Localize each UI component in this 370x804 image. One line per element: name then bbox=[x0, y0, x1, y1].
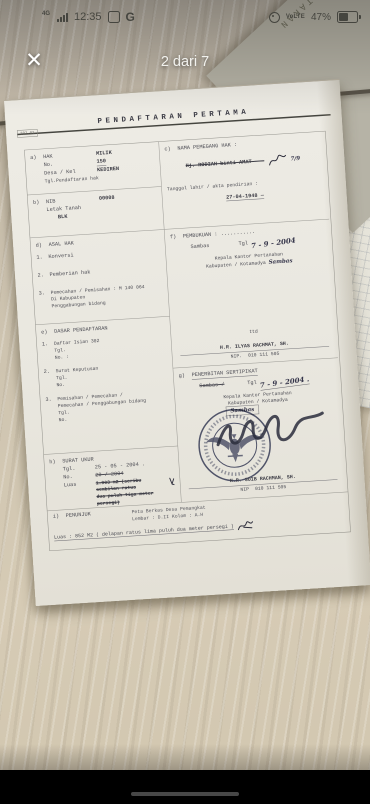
battery-percent: 47% bbox=[311, 12, 331, 23]
penunjuk-value: Peta Berkas Desa PemangkatLembar : D.II … bbox=[131, 504, 206, 523]
form-code-box: 107.01 bbox=[17, 129, 38, 138]
dasar-item2-no: No. bbox=[56, 382, 65, 388]
office-line2-handwritten: Sambas bbox=[268, 257, 292, 265]
dasar-item1-tgl: Tgl. bbox=[54, 347, 66, 353]
luas-note: Luas : 852 M2 ( delapan ratus lima puluh… bbox=[54, 524, 234, 541]
su-luas-value: 1.903 m2 (seribu sembilan ratusdua puluh… bbox=[96, 476, 166, 508]
pembukuan-tgl-key: Tgl bbox=[238, 240, 248, 250]
dasar-item2-tgl: Tgl. bbox=[56, 375, 68, 381]
office-line2-text: Kabupaten / Kotamadya bbox=[206, 260, 266, 269]
birth-date: 27-04-1948 — bbox=[226, 193, 264, 202]
network-type-label: 4G bbox=[42, 11, 50, 17]
su-luas-key: Luas bbox=[64, 480, 95, 509]
pemegang-hak-key: NAMA PEMEGANG HAK : bbox=[177, 142, 237, 153]
media-viewer-screen: PENDAFTARAN 107.01 PENDAFTARAN PERTAMA a… bbox=[0, 0, 370, 804]
section-e-dasar-pendaftaran: e)DASAR PENDAFTARAN 1. Daftar Isian 302T… bbox=[36, 317, 178, 455]
signal-icon bbox=[57, 13, 68, 22]
pembukuan-key: PEMBUKUAN : ........... bbox=[183, 229, 256, 240]
signature-ink bbox=[209, 398, 332, 460]
pembukuan-place: Sambas bbox=[190, 241, 235, 253]
desa-value: KEDIREN bbox=[97, 166, 119, 174]
penerbitan-tgl-key: Tgl bbox=[247, 380, 257, 390]
dasar-item3-tgl: Tgl. bbox=[58, 409, 70, 415]
dasar-item1-no: No. : bbox=[55, 354, 70, 360]
dasar-item1-num: 1. bbox=[42, 341, 52, 362]
nip-value-g: 010 111 505 bbox=[255, 484, 287, 492]
dasar-item1-text: Daftar Isian 302 bbox=[54, 338, 100, 346]
paraf-date: 7/9 bbox=[290, 155, 300, 162]
section-d-asal-hak: d)ASAL HAK 1.Konversi 2.Pemberian hak 3.… bbox=[30, 230, 169, 325]
nip-value-f: 010 111 505 bbox=[248, 351, 280, 359]
asal-item1: Konversi bbox=[48, 252, 74, 260]
section-c-label: c) bbox=[164, 146, 174, 154]
section-i-label: i) bbox=[53, 513, 64, 528]
dasar-item2-num: 2. bbox=[43, 369, 53, 390]
section-h-label: h) bbox=[49, 459, 59, 467]
hak-value: MILIK bbox=[96, 150, 112, 158]
section-g-penerbitan-sertipikat: g)PENERBITAN SERTIPIKAT Sambas /Tgl7 - 9… bbox=[173, 358, 346, 501]
dasar-item2-text: Surat Keputusan bbox=[55, 366, 98, 374]
nib-value: 00008 bbox=[99, 195, 115, 203]
google-icon: G bbox=[126, 10, 135, 24]
pembukuan-date-handwritten: 7 - 9 - 2004 bbox=[251, 236, 297, 251]
photo-viewer-image[interactable]: PENDAFTARAN 107.01 PENDAFTARAN PERTAMA a… bbox=[0, 0, 370, 770]
section-g-label: g) bbox=[178, 372, 188, 380]
dasar-item3-no: No. bbox=[59, 416, 68, 422]
form-table: a)HAKMILIK No.150 Desa / KelKEDIREN Tgl.… bbox=[24, 131, 351, 551]
asal-hak-key: ASAL HAK bbox=[49, 240, 75, 248]
status-right-group: VoLTE 47% bbox=[269, 11, 358, 23]
section-b-label: b) bbox=[33, 199, 43, 207]
ttd-note: ttd bbox=[171, 323, 336, 340]
penerbitan-date-handwritten: 7 - 9 - 2004 . bbox=[259, 375, 310, 391]
penerbitan-key: PENERBITAN SERTIPIKAT bbox=[191, 368, 258, 380]
asal-item2: Pemberian hak bbox=[49, 269, 90, 278]
penunjuk-key: PENUNJUK bbox=[66, 511, 92, 527]
asal-item3-num: 3. bbox=[39, 290, 49, 311]
hak-no-value: 150 bbox=[96, 158, 106, 166]
section-h-surat-ukur: h)SURAT UKUR Tgl.25 - 05 - 2004 . No.20 … bbox=[44, 446, 181, 509]
section-c-pemegang-hak: c)NAMA PEMEGANG HAK : Hj. RODIAH binti A… bbox=[159, 131, 329, 229]
penerbitan-place: Sambas / bbox=[199, 380, 245, 393]
pembukuan-signing-block: ttd H.R. ILYAS RACHMAT, SH. NIP.010 111 … bbox=[171, 323, 338, 363]
paraf2-ink-icon bbox=[236, 519, 254, 531]
asal-item3-line1: Pemecahan / Pemisahan : M 140 064 bbox=[51, 284, 145, 295]
su-luas-line1: 1.903 m2 (seribu sembilan ratus bbox=[96, 477, 142, 492]
clock: 12:35 bbox=[74, 11, 102, 23]
nip-key-g: NIP bbox=[240, 487, 249, 494]
section-f-pembukuan: f)PEMBUKUAN : ........... SambasTgl7 - 9… bbox=[164, 219, 337, 368]
section-d-label: d) bbox=[36, 242, 46, 250]
status-bar: 4G 12:35 G VoLTE 47% bbox=[0, 0, 370, 30]
data-saver-icon bbox=[269, 12, 280, 23]
home-indicator[interactable] bbox=[131, 792, 239, 796]
screenshot-icon bbox=[108, 11, 120, 23]
page-counter: 2 dari 7 bbox=[0, 54, 370, 70]
asal-item3: Pemecahan / Pemisahan : M 140 064 Di Kab… bbox=[51, 284, 146, 311]
checkmark-ink-icon bbox=[168, 475, 175, 486]
holder-name: Hj. RODIAH binti AMAT ——— bbox=[185, 158, 264, 169]
su-luas-line2: dua puluh tiga meter persegi) bbox=[96, 491, 153, 507]
asal-item2-num: 2. bbox=[37, 272, 46, 279]
dasar-item3: Pemisahan / Pemecahan /Pemecahan / Pengg… bbox=[57, 391, 147, 424]
status-left-group: 4G 12:35 G bbox=[42, 10, 135, 24]
dasar-item1: Daftar Isian 302Tgl.No. : bbox=[54, 338, 101, 362]
dasar-key: DASAR PENDAFTARAN bbox=[54, 325, 108, 335]
nip-key-f: NIP. bbox=[231, 353, 243, 360]
section-f-label: f) bbox=[170, 234, 180, 242]
volte-label: VoLTE bbox=[286, 14, 305, 20]
land-registration-document: 107.01 PENDAFTARAN PERTAMA a)HAKMILIK No… bbox=[4, 79, 370, 606]
asal-item1-num: 1. bbox=[36, 254, 45, 261]
section-e-label: e) bbox=[41, 329, 51, 337]
form-right-column: c)NAMA PEMEGANG HAK : Hj. RODIAH binti A… bbox=[159, 131, 346, 502]
dasar-item2: Surat KeputusanTgl.No. bbox=[55, 366, 99, 389]
paraf-ink-icon bbox=[267, 153, 288, 167]
battery-icon bbox=[337, 11, 358, 23]
section-a-label: a) bbox=[30, 154, 40, 162]
dasar-item3-num: 3. bbox=[45, 396, 56, 424]
form-left-column: a)HAKMILIK No.150 Desa / KelKEDIREN Tgl.… bbox=[25, 142, 182, 511]
